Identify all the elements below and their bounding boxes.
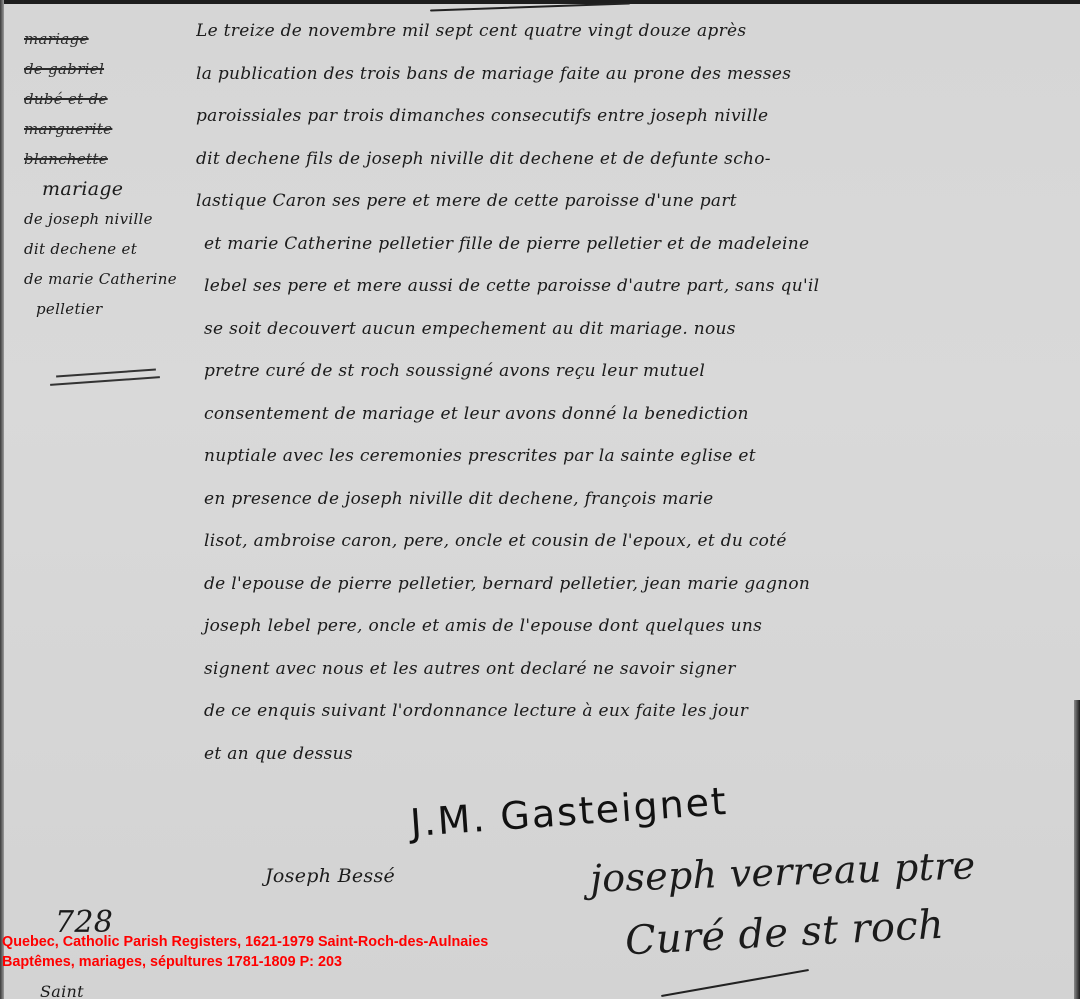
margin-underline [56, 369, 156, 378]
signature-gasteignet: J.M. Gasteignet [409, 779, 729, 845]
bottom-scrawl: Saint [40, 982, 84, 999]
entry-line: paroissiales par trois dimanches consecu… [196, 95, 1066, 138]
margin-line: pelletier [6, 294, 186, 324]
margin-line: dit dechene et [6, 234, 186, 264]
entry-line: lisot, ambroise caron, pere, oncle et co… [196, 520, 1066, 563]
entry-line: Le treize de novembre mil sept cent quat… [196, 10, 1066, 53]
marriage-entry-text: Le treize de novembre mil sept cent quat… [196, 10, 1066, 775]
entry-line: nuptiale avec les ceremonies prescrites … [196, 435, 1066, 478]
caption-line-collection: Quebec, Catholic Parish Registers, 1621-… [2, 932, 488, 952]
signature-priest-name: joseph verreau ptre [589, 843, 976, 900]
margin-underline [50, 376, 160, 386]
margin-struck-line: marguerite [6, 114, 186, 144]
entry-line: consentement de mariage et leur avons do… [196, 393, 1066, 436]
entry-line: de ce enquis suivant l'ordonnance lectur… [196, 690, 1066, 733]
entry-line: signent avec nous et les autres ont decl… [196, 648, 1066, 691]
entry-line: pretre curé de st roch soussigné avons r… [196, 350, 1066, 393]
margin-line: de joseph niville [6, 204, 186, 234]
entry-line: et an que dessus [196, 733, 1066, 776]
margin-struck-line: mariage [6, 24, 186, 54]
signature-joseph: Joseph Bessé [265, 865, 395, 887]
margin-title: mariage [6, 174, 186, 204]
entry-line: dit dechene fils de joseph niville dit d… [196, 138, 1066, 181]
entry-line: se soit decouvert aucun empechement au d… [196, 308, 1066, 351]
margin-line: de marie Catherine [6, 264, 186, 294]
entry-line: la publication des trois bans de mariage… [196, 53, 1066, 96]
caption-line-volume: Baptêmes, mariages, sépultures 1781-1809… [2, 952, 488, 972]
entry-line: et marie Catherine pelletier fille de pi… [196, 223, 1066, 266]
margin-struck-line: de gabriel [6, 54, 186, 84]
page-left-edge [0, 0, 4, 999]
entry-line: lastique Caron ses pere et mere de cette… [196, 180, 1066, 223]
scanned-register-page: mariage de gabriel dubé et de marguerite… [0, 0, 1080, 999]
entry-line: joseph lebel pere, oncle et amis de l'ep… [196, 605, 1066, 648]
page-right-edge [1074, 700, 1080, 999]
archive-caption: Quebec, Catholic Parish Registers, 1621-… [2, 932, 488, 972]
entry-line: en presence de joseph niville dit dechen… [196, 478, 1066, 521]
margin-struck-line: blanchette [6, 144, 186, 174]
margin-note: mariage de gabriel dubé et de marguerite… [6, 24, 186, 324]
entry-line: lebel ses pere et mere aussi de cette pa… [196, 265, 1066, 308]
margin-struck-line: dubé et de [6, 84, 186, 114]
entry-line: de l'epouse de pierre pelletier, bernard… [196, 563, 1066, 606]
signature-flourish [661, 969, 809, 997]
page-top-edge [0, 0, 1080, 4]
signature-priest-title: Curé de st roch [624, 902, 945, 965]
